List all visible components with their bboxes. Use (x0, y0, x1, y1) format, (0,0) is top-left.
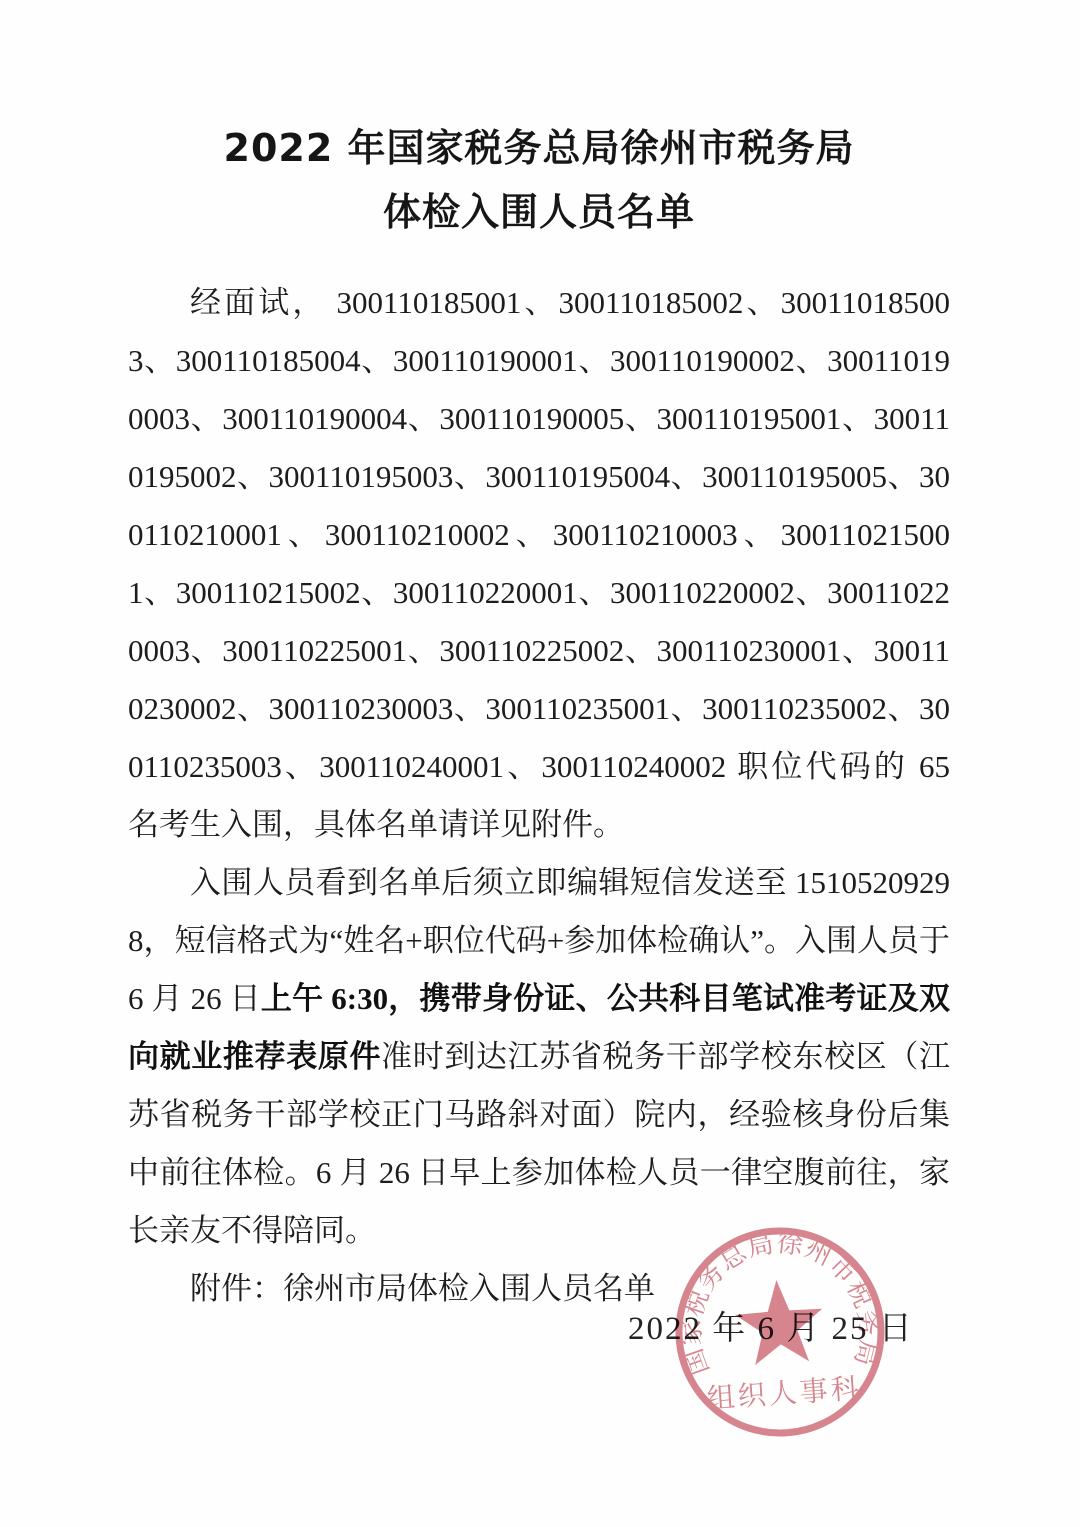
document-content: 2022 年国家税务总局徐州市税务局 体检入围人员名单 经面试，30011018… (128, 126, 950, 1318)
position-codes-list: 300110185001、300110185002、300110185003、3… (128, 285, 950, 784)
doc-title-line1: 2022 年国家税务总局徐州市税务局 (128, 126, 950, 170)
seal-star-icon (733, 1277, 826, 1366)
document-body: 经面试，300110185001、300110185002、3001101850… (128, 274, 950, 1318)
doc-title-line2: 体检入围人员名单 (128, 190, 950, 234)
official-seal-graphic: 国家税务总局徐州市税务局 组织人事科 (654, 1206, 906, 1458)
document-page: 2022 年国家税务总局徐州市税务局 体检入围人员名单 经面试，30011018… (0, 0, 1080, 1527)
paragraph-instructions: 入围人员看到名单后须立即编辑短信发送至 15105209298，短信格式为“姓名… (128, 854, 950, 1260)
official-seal: 国家税务总局徐州市税务局 组织人事科 (654, 1206, 906, 1458)
paragraph-shortlist-codes: 经面试，300110185001、300110185002、3001101850… (128, 274, 950, 854)
seal-bottom-text: 组织人事科 (706, 1371, 863, 1415)
paragraph-lead: 经面试， (190, 285, 326, 320)
